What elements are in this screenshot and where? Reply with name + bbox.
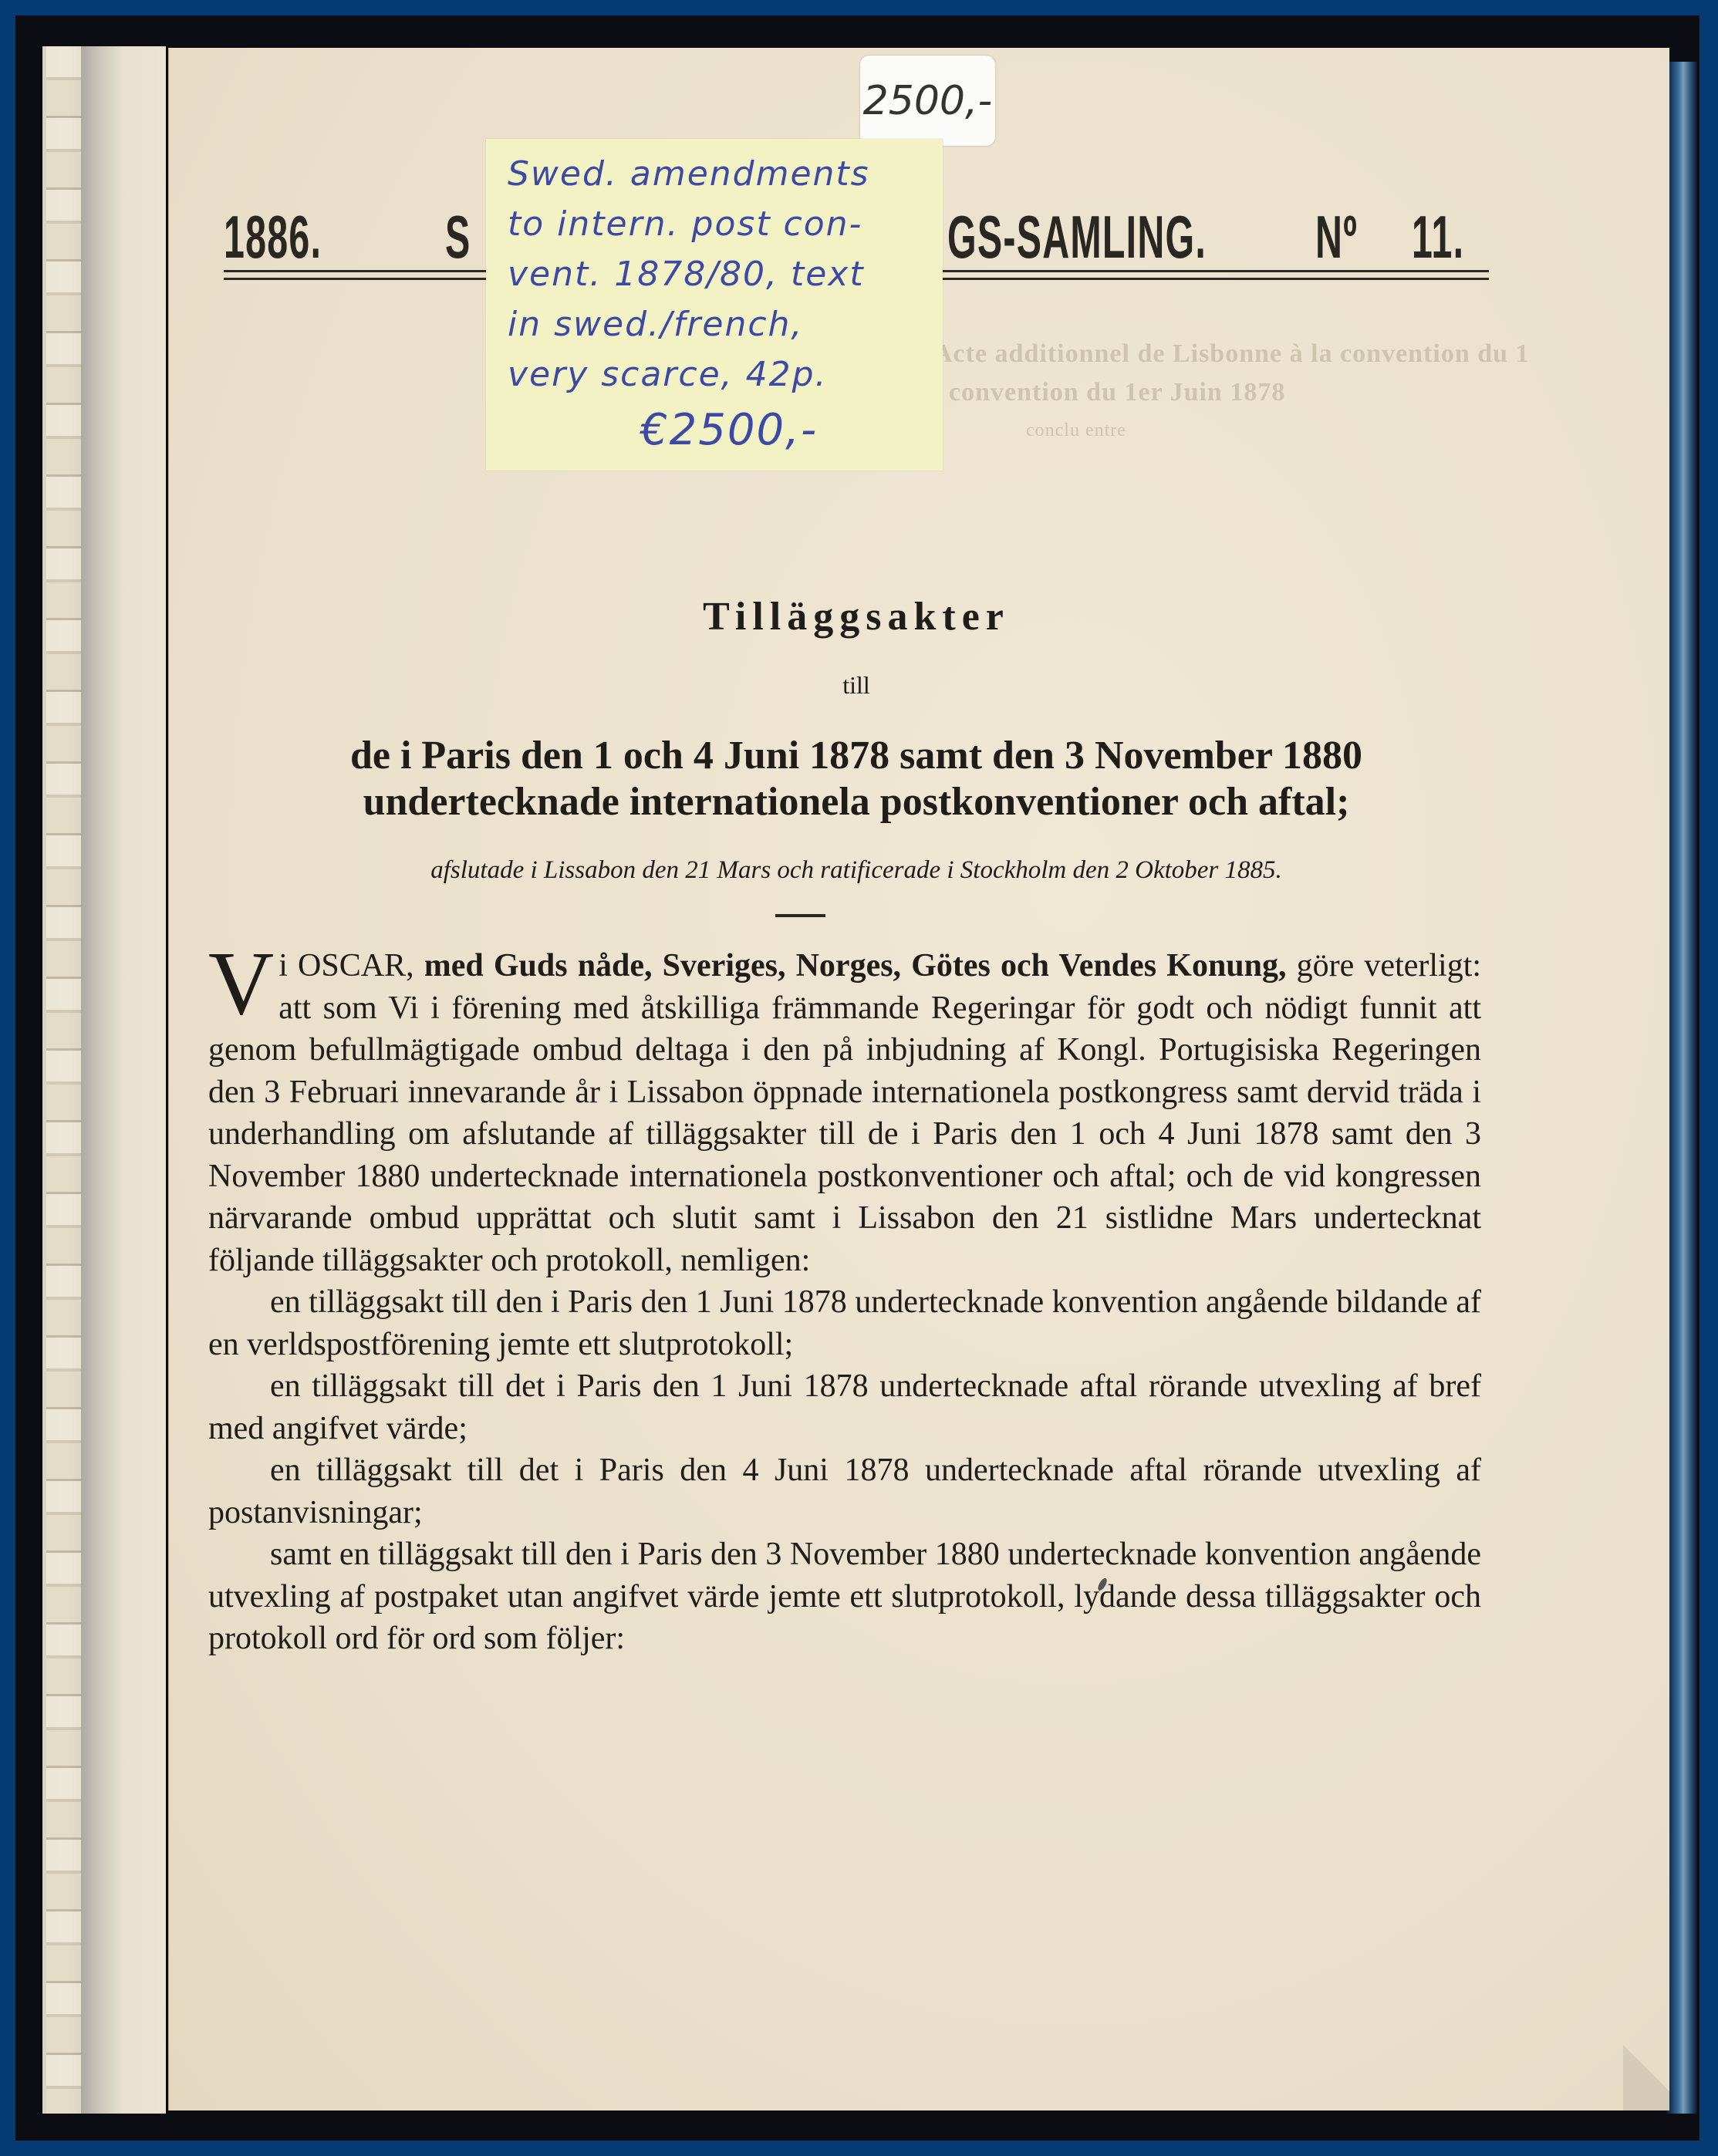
note-line: vent. 1878/80, text bbox=[508, 255, 865, 294]
subject-line-1: de i Paris den 1 och 4 Juni 1878 samt de… bbox=[224, 733, 1489, 779]
subject-line-2: undertecknade internationela postkonvent… bbox=[224, 779, 1489, 825]
scanner-glare bbox=[1666, 62, 1697, 2114]
royal-title: med Guds nåde, Sveriges, Norges, Götes o… bbox=[424, 948, 1287, 984]
header-series-title-right: GS-SAMLING. bbox=[947, 202, 1207, 272]
header-year: 1886. bbox=[224, 202, 322, 272]
section-divider bbox=[775, 914, 825, 917]
bleed-through-line: Acte additionnel de Lisbonne à la conven… bbox=[933, 339, 1530, 369]
note-line: very scarce, 42p. bbox=[508, 355, 828, 394]
body-text: V i OSCAR, med Guds nåde, Sveriges, Norg… bbox=[208, 945, 1481, 1660]
opening-plain: i OSCAR, bbox=[278, 948, 413, 984]
header-series-title-left: S bbox=[445, 202, 471, 272]
price-tag: 2500,- bbox=[860, 56, 995, 146]
document-subject: de i Paris den 1 och 4 Juni 1878 samt de… bbox=[224, 733, 1489, 825]
note-line: to intern. post con- bbox=[508, 204, 862, 244]
drop-cap: V bbox=[208, 945, 274, 1022]
note-price: €2500,- bbox=[640, 405, 818, 455]
document-title: Tilläggsakter bbox=[224, 594, 1489, 639]
sticky-note: Swed. amendments to intern. post con- ve… bbox=[486, 139, 943, 471]
bleed-through-line: convention du 1er Juin 1878 bbox=[949, 378, 1285, 407]
list-item: samt en tilläggsakt till den i Paris den… bbox=[208, 1533, 1481, 1660]
list-item: en tilläggsakt till det i Paris den 4 Ju… bbox=[208, 1449, 1481, 1533]
paragraph-text: göre veterligt: att som Vi i förening me… bbox=[208, 948, 1481, 1278]
price-tag-text: 2500,- bbox=[863, 78, 993, 124]
document-subtitle: afslutade i Lissabon den 21 Mars och rat… bbox=[224, 856, 1489, 885]
title-connector: till bbox=[224, 671, 1489, 700]
list-item: en tilläggsakt till den i Paris den 1 Ju… bbox=[208, 1281, 1481, 1365]
note-line: Swed. amendments bbox=[508, 154, 870, 194]
folded-corner bbox=[1623, 2026, 1669, 2110]
note-line: in swed./french, bbox=[508, 305, 803, 344]
header-number: 11. bbox=[1412, 202, 1464, 272]
torn-binding-edge bbox=[46, 46, 81, 2114]
list-item: en tilläggsakt till det i Paris den 1 Ju… bbox=[208, 1365, 1481, 1449]
proclamation-paragraph: V i OSCAR, med Guds nåde, Sveriges, Norg… bbox=[208, 945, 1481, 1281]
bleed-through-line: conclu entre bbox=[1026, 420, 1126, 441]
header-number-label: Nº bbox=[1315, 202, 1358, 272]
